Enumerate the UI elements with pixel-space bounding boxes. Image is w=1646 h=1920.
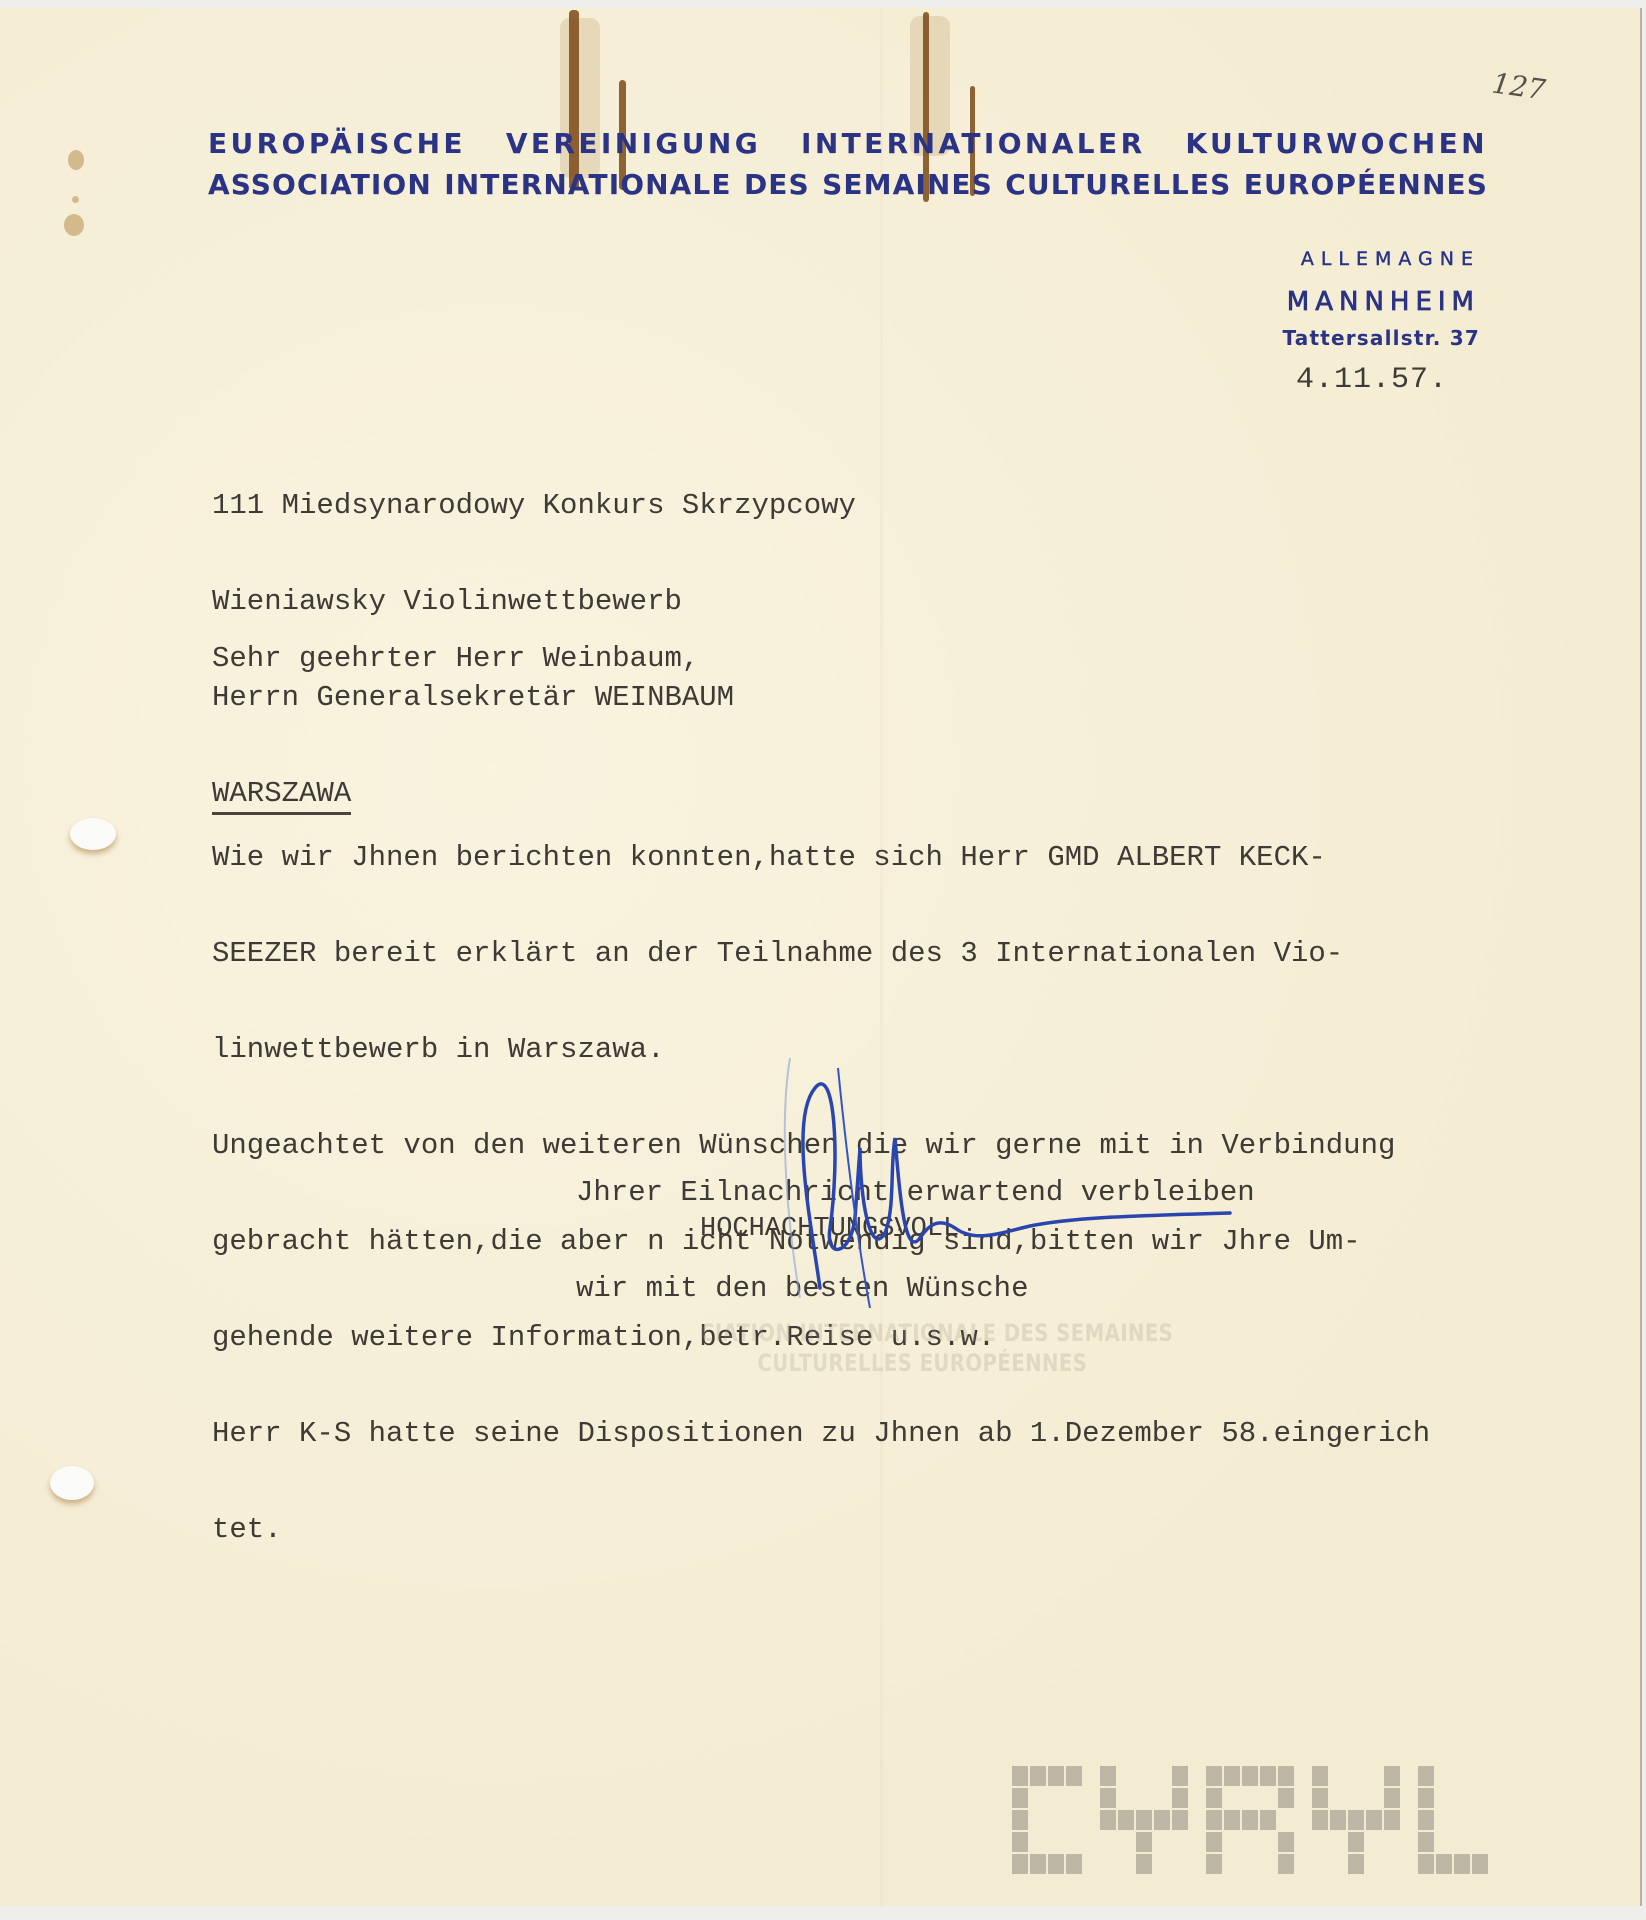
letterhead-german: EUROPÄISCHE VEREINIGUNG INTERNATIONALER … [208, 123, 1488, 164]
stamp-line: CIATION INTERNATIONALE DES SEMAINES [700, 1318, 1173, 1348]
salutation: Sehr geehrter Herr Weinbaum, [212, 642, 699, 675]
sender-street: Tattersallstr. 37 [1283, 324, 1481, 352]
body-line: tet. [212, 1514, 1430, 1546]
handwritten-signature [760, 1058, 1260, 1308]
stain-spot [72, 196, 79, 203]
body-line: SEEZER bereit erklärt an der Teilnahme d… [212, 938, 1430, 970]
letter-page: 127 EUROPÄISCHE VEREINIGUNG INTERNATIONA… [0, 8, 1640, 1906]
letterhead-french: ASSOCIATION INTERNATIONALE DES SEMAINES … [208, 164, 1488, 205]
punch-hole [70, 818, 116, 850]
letter-date: 4.11.57. [1296, 363, 1448, 397]
punch-hole [50, 1466, 94, 1500]
organization-stamp: CIATION INTERNATIONALE DES SEMAINES CULT… [700, 1318, 1173, 1378]
handwritten-page-number: 127 [1490, 66, 1548, 106]
stain-spot [68, 150, 84, 170]
recipient-line: Wieniawsky Violinwettbewerb [212, 586, 856, 618]
sender-country: ALLEMAGNE [1283, 246, 1481, 272]
body-line: Wie wir Jhnen berichten konnten,hatte si… [212, 842, 1430, 874]
recipient-line: Herrn Generalsekretär WEINBAUM [212, 682, 856, 714]
cyryl-watermark-logo [998, 1766, 1598, 1881]
stamp-line: CULTURELLES EUROPÉENNES [700, 1348, 1173, 1378]
recipient-line: 111 Miedsynarodowy Konkurs Skrzypcowy [212, 490, 856, 522]
stain-spot [64, 214, 84, 236]
sender-city: MANNHEIM [1283, 284, 1481, 320]
body-line: Herr K-S hatte seine Dispositionen zu Jh… [212, 1418, 1430, 1450]
letterhead: EUROPÄISCHE VEREINIGUNG INTERNATIONALER … [208, 123, 1488, 205]
sender-address: ALLEMAGNE MANNHEIM Tattersallstr. 37 [1283, 246, 1481, 352]
